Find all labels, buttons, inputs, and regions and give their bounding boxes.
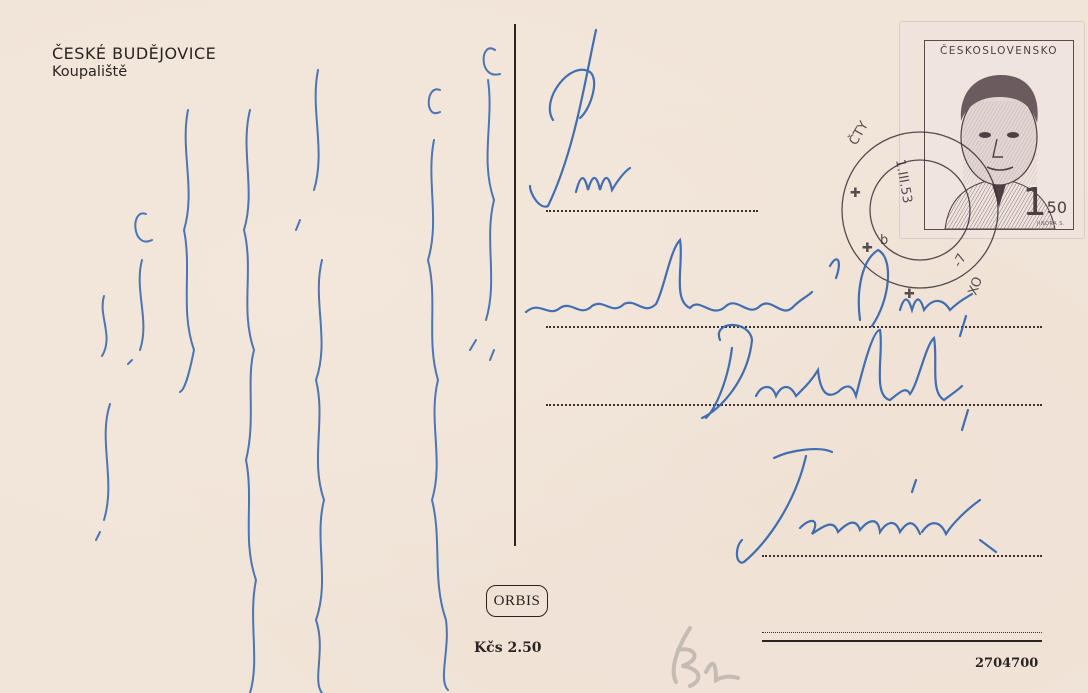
address-line-3	[546, 404, 1042, 406]
address-line-bottom	[762, 640, 1042, 642]
stamp-value: 150	[1022, 187, 1067, 217]
center-divider	[514, 24, 516, 546]
caption-subtitle: Koupaliště	[52, 63, 216, 82]
svg-text:✚: ✚	[850, 186, 861, 201]
svg-text:✚: ✚	[862, 241, 873, 256]
address-line-4	[762, 555, 1042, 557]
postcard-caption: ČESKÉ BUDĚJOVICE Koupaliště	[52, 44, 216, 82]
orbis-logo: ORBIS	[486, 585, 548, 617]
svg-text:✚: ✚	[904, 287, 915, 302]
stamp-engraver: JINDRA S.	[1037, 221, 1065, 227]
caption-city: ČESKÉ BUDĚJOVICE	[52, 44, 216, 63]
price-label: Kčs 2.50	[474, 640, 542, 656]
svg-text:b: b	[880, 233, 888, 248]
postcard: ČESKÉ BUDĚJOVICE Koupaliště ORBIS Kčs 2.…	[0, 0, 1088, 693]
address-line-5	[762, 632, 1042, 633]
serial-number: 2704700	[975, 656, 1038, 671]
address-line-2	[546, 326, 1042, 328]
svg-text:-7: -7	[950, 251, 969, 270]
postage-stamp: ČESKOSLOVENSKO 150 JINDR	[900, 22, 1084, 238]
svg-text:XO: XO	[966, 275, 986, 297]
stamp-frame: ČESKOSLOVENSKO 150 JINDR	[924, 40, 1074, 230]
address-line-1	[546, 210, 758, 212]
svg-text:ČTY: ČTY	[846, 118, 872, 148]
